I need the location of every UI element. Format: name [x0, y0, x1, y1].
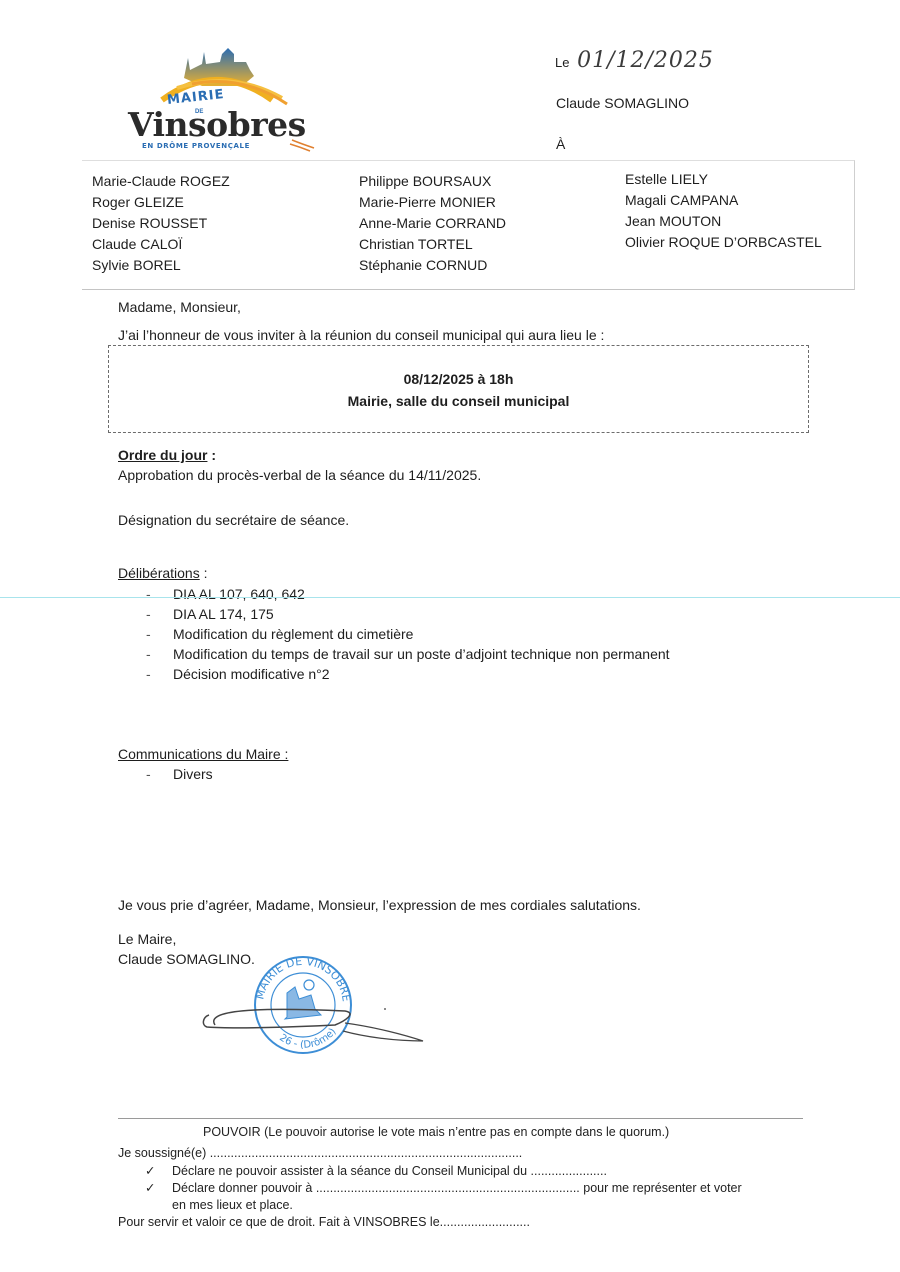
agenda-heading-label: Ordre du jour: [118, 447, 207, 463]
communication-item: -Divers: [146, 766, 213, 782]
deliberation-text: Décision modificative n°2: [173, 664, 330, 684]
recipient: Anne-Marie CORRAND: [359, 213, 506, 234]
recipient: Christian TORTEL: [359, 234, 506, 255]
bullet-dash: -: [146, 644, 173, 664]
agenda-heading: Ordre du jour :: [118, 447, 216, 463]
recipient-label: À: [556, 136, 565, 152]
logo-town-name: Vinsobres: [128, 105, 306, 144]
bullet-dash: -: [146, 584, 173, 604]
deliberations-heading-label: Délibérations: [118, 565, 200, 581]
signoff-title: Le Maire,: [118, 931, 176, 947]
deliberation-item: -DIA AL 107, 640, 642: [146, 584, 670, 604]
mairie-logo: MAIRIE DE Vinsobres EN DRÔME PROVENÇALE: [122, 40, 322, 155]
closing-formula: Je vous prie d’agréer, Madame, Monsieur,…: [118, 897, 641, 913]
recipients-box: Marie-Claude ROGEZ Roger GLEIZE Denise R…: [82, 160, 855, 290]
recipient: Stéphanie CORNUD: [359, 255, 506, 276]
recipients-column-1: Marie-Claude ROGEZ Roger GLEIZE Denise R…: [92, 171, 230, 276]
agenda-heading-suffix: :: [207, 447, 216, 463]
sender-name: Claude SOMAGLINO: [556, 95, 689, 111]
recipient: Denise ROUSSET: [92, 213, 230, 234]
pouvoir-signature-line: Pour servir et valoir ce que de droit. F…: [118, 1215, 530, 1229]
handwritten-date: 01/12/2025: [577, 48, 714, 73]
scan-artifact-line: [0, 597, 900, 598]
pouvoir-proxy-text: Déclare donner pouvoir à ...............…: [172, 1181, 742, 1195]
recipient: Jean MOUTON: [625, 211, 822, 232]
bullet-dash: -: [146, 766, 173, 782]
deliberation-text: DIA AL 174, 175: [173, 604, 274, 624]
logo-tagline: EN DRÔME PROVENÇALE: [142, 142, 250, 150]
official-stamp-icon: MAIRIE DE VINSOBRES 26 - (Drôme): [195, 955, 435, 1065]
agenda-item: Désignation du secrétaire de séance.: [118, 512, 349, 528]
deliberation-item: -DIA AL 174, 175: [146, 604, 670, 624]
deliberation-text: DIA AL 107, 640, 642: [173, 584, 305, 604]
recipients-column-3: Estelle LIELY Magali CAMPANA Jean MOUTON…: [625, 169, 822, 253]
deliberation-item: -Modification du temps de travail sur un…: [146, 644, 670, 664]
recipient: Philippe BOURSAUX: [359, 171, 506, 192]
recipient: Marie-Claude ROGEZ: [92, 171, 230, 192]
meeting-datetime: 08/12/2025 à 18h: [109, 371, 808, 387]
meeting-details-box: 08/12/2025 à 18h Mairie, salle du consei…: [108, 345, 809, 433]
recipient: Estelle LIELY: [625, 169, 822, 190]
pouvoir-absence-line: ✓Déclare ne pouvoir assister à la séance…: [145, 1163, 607, 1178]
deliberation-text: Modification du règlement du cimetière: [173, 624, 413, 644]
recipient: Sylvie BOREL: [92, 255, 230, 276]
checkmark-icon: ✓: [145, 1163, 172, 1178]
signature-stroke: [203, 1009, 350, 1027]
date-prefix: Le: [555, 55, 569, 70]
bullet-dash: -: [146, 664, 173, 684]
communication-text: Divers: [173, 766, 213, 782]
deliberation-item: -Modification du règlement du cimetière: [146, 624, 670, 644]
communications-list: -Divers: [146, 766, 213, 782]
pouvoir-proxy-line: ✓Déclare donner pouvoir à ..............…: [145, 1180, 742, 1195]
deliberation-item: -Décision modificative n°2: [146, 664, 670, 684]
stamp-and-signature: MAIRIE DE VINSOBRES 26 - (Drôme): [195, 955, 435, 1065]
deliberation-text: Modification du temps de travail sur un …: [173, 644, 670, 664]
recipient: Roger GLEIZE: [92, 192, 230, 213]
communications-heading: Communications du Maire :: [118, 746, 288, 762]
date-line: Le 01/12/2025: [555, 48, 714, 73]
pouvoir-proxy-continuation: en mes lieux et place.: [172, 1198, 293, 1212]
stamp-bottom-text: 26 - (Drôme): [277, 1026, 338, 1050]
deliberations-heading: Délibérations :: [118, 565, 208, 581]
deliberations-list: -DIA AL 107, 640, 642 -DIA AL 174, 175 -…: [146, 584, 670, 684]
meeting-place: Mairie, salle du conseil municipal: [109, 393, 808, 409]
bullet-dash: -: [146, 624, 173, 644]
pouvoir-separator: [118, 1118, 803, 1119]
recipient: Marie-Pierre MONIER: [359, 192, 506, 213]
pouvoir-absence-text: Déclare ne pouvoir assister à la séance …: [172, 1164, 607, 1178]
recipient: Claude CALOÏ: [92, 234, 230, 255]
salutation: Madame, Monsieur,: [118, 299, 241, 315]
stamp-top-text: MAIRIE DE VINSOBRES: [195, 955, 353, 1002]
recipient: Olivier ROQUE D’ORBCASTEL: [625, 232, 822, 253]
checkmark-icon: ✓: [145, 1180, 172, 1195]
recipient: Magali CAMPANA: [625, 190, 822, 211]
invitation-text: J’ai l’honneur de vous inviter à la réun…: [118, 327, 604, 343]
recipients-column-2: Philippe BOURSAUX Marie-Pierre MONIER An…: [359, 171, 506, 276]
pouvoir-undersigned-line: Je soussigné(e) ........................…: [118, 1146, 522, 1160]
bullet-dash: -: [146, 604, 173, 624]
agenda-item: Approbation du procès-verbal de la séanc…: [118, 467, 481, 483]
deliberations-heading-suffix: :: [200, 565, 208, 581]
pouvoir-title: POUVOIR (Le pouvoir autorise le vote mai…: [203, 1125, 669, 1139]
